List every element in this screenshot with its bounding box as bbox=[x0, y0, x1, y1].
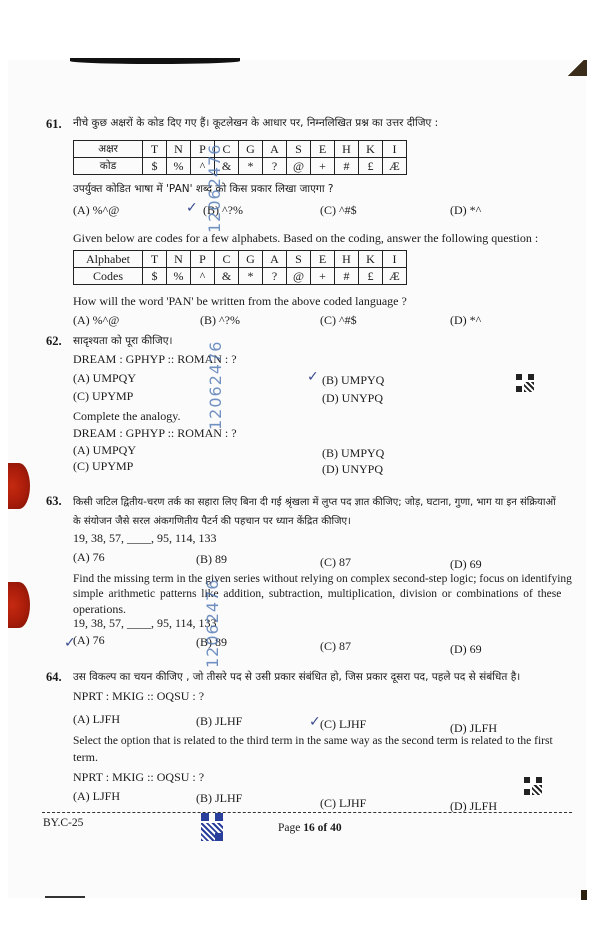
qr-code-icon bbox=[524, 777, 542, 795]
q61-english-option-c[interactable]: (C) ^#$ bbox=[320, 313, 357, 328]
page-total: 40 bbox=[330, 822, 342, 834]
q62-english-prompt: Complete the analogy. bbox=[73, 409, 181, 424]
booklet-code: BY.C-25 bbox=[43, 817, 83, 829]
q61-english-question: How will the word 'PAN' be written from … bbox=[73, 294, 407, 309]
q62-hindi-option-a[interactable]: (A) UMPQY bbox=[73, 371, 136, 386]
scan-mark bbox=[45, 896, 85, 898]
page-corner-bottom bbox=[581, 890, 587, 900]
table-cell: H bbox=[335, 251, 359, 268]
table-row: अक्षर T N P C G A S E H K I bbox=[74, 141, 407, 158]
table-cell: + bbox=[311, 158, 335, 175]
q64-hindi-prompt: उस विकल्प का चयन कीजिए , जो तीसरे पद से … bbox=[73, 670, 520, 684]
table-cell: $ bbox=[143, 158, 167, 175]
question-number-61: 61. bbox=[46, 117, 62, 132]
q64-hindi-option-a[interactable]: (A) LJFH bbox=[73, 712, 120, 727]
check-mark-icon: ✓ bbox=[64, 635, 76, 651]
q61-hindi-option-c[interactable]: (C) ^#$ bbox=[320, 203, 357, 218]
check-mark-icon: ✓ bbox=[307, 369, 319, 385]
table-cell: $ bbox=[143, 268, 167, 285]
table-cell: £ bbox=[359, 158, 383, 175]
q64-english-option-a[interactable]: (A) LJFH bbox=[73, 789, 120, 804]
table-cell: @ bbox=[287, 158, 311, 175]
q61-english-code-table: Alphabet T N P C G A S E H K I Codes $ %… bbox=[73, 250, 407, 285]
table-cell: ? bbox=[263, 268, 287, 285]
table-cell: & bbox=[215, 268, 239, 285]
table-cell: E bbox=[311, 251, 335, 268]
q63-hindi-option-b[interactable]: (B) 89 bbox=[196, 552, 227, 567]
table-cell: K bbox=[359, 141, 383, 158]
q63-english-prompt-line1: Find the missing term in the given serie… bbox=[73, 573, 572, 585]
q62-english-option-a[interactable]: (A) UMPQY bbox=[73, 443, 136, 458]
table-cell: Æ bbox=[383, 158, 407, 175]
qr-code-icon bbox=[516, 374, 534, 392]
q63-english-option-a[interactable]: (A) 76 bbox=[73, 633, 105, 648]
q61-english-option-a[interactable]: (A) %^@ bbox=[73, 313, 119, 328]
page-number: Page 16 of 40 bbox=[278, 822, 342, 834]
watermark-text: 12062476 bbox=[206, 341, 225, 430]
table-row: Codes $ % ^ & * ? @ + # £ Æ bbox=[74, 268, 407, 285]
table-cell: * bbox=[239, 268, 263, 285]
table-cell: ^ bbox=[191, 268, 215, 285]
q63-hindi-option-d[interactable]: (D) 69 bbox=[450, 557, 482, 572]
table-cell: C bbox=[215, 251, 239, 268]
table-cell: E bbox=[311, 141, 335, 158]
watermark-text: 12062476 bbox=[203, 579, 222, 668]
check-mark-icon: ✓ bbox=[186, 200, 198, 216]
q62-hindi-option-c[interactable]: (C) UPYMP bbox=[73, 389, 133, 404]
table-cell: ? bbox=[263, 158, 287, 175]
table-cell: £ bbox=[359, 268, 383, 285]
binder-ring-top bbox=[8, 463, 30, 509]
table-cell: % bbox=[167, 268, 191, 285]
table-cell: S bbox=[287, 251, 311, 268]
table-label: Codes bbox=[74, 268, 143, 285]
table-label: अक्षर bbox=[74, 141, 143, 158]
q63-english-prompt-line2: simple arithmetic patterns like addition… bbox=[73, 588, 561, 600]
q63-hindi-prompt-line2: के संयोजन जैसे सरल अंकगणितीय पैटर्न की प… bbox=[73, 513, 351, 527]
check-mark-icon: ✓ bbox=[309, 714, 321, 730]
table-cell: K bbox=[359, 251, 383, 268]
binder-ring-bottom bbox=[8, 582, 30, 628]
table-cell: * bbox=[239, 158, 263, 175]
question-number-63: 63. bbox=[46, 494, 62, 509]
q62-hindi-option-b[interactable]: (B) UMPYQ bbox=[322, 373, 384, 388]
page-corner bbox=[565, 60, 587, 76]
table-cell: # bbox=[335, 158, 359, 175]
page-of: of bbox=[315, 822, 330, 834]
page-prefix: Page bbox=[278, 822, 303, 834]
q63-english-series: 19, 38, 57, ____, 95, 114, 133 bbox=[73, 616, 217, 631]
q61-english-prompt: Given below are codes for a few alphabet… bbox=[73, 231, 538, 246]
q63-english-option-d[interactable]: (D) 69 bbox=[450, 642, 482, 657]
q63-hindi-prompt-line1: किसी जटिल द्वितीय-चरण तर्क का सहारा लिए … bbox=[73, 494, 556, 508]
table-cell: # bbox=[335, 268, 359, 285]
q64-english-prompt-line1: Select the option that is related to the… bbox=[73, 735, 553, 747]
q63-hindi-series: 19, 38, 57, ____, 95, 114, 133 bbox=[73, 531, 217, 546]
q63-english-prompt-line3: operations. bbox=[73, 602, 126, 617]
table-cell: H bbox=[335, 141, 359, 158]
q61-hindi-code-table: अक्षर T N P C G A S E H K I कोड $ % ^ & … bbox=[73, 140, 407, 175]
q61-hindi-question: उपर्युक्त कोडित भाषा में 'PAN' शब्द को क… bbox=[73, 182, 333, 196]
question-number-62: 62. bbox=[46, 334, 62, 349]
q61-english-option-d[interactable]: (D) *^ bbox=[450, 313, 481, 328]
table-row: कोड $ % ^ & * ? @ + # £ Æ bbox=[74, 158, 407, 175]
q62-hindi-prompt: सादृश्यता को पूरा कीजिए। bbox=[73, 334, 173, 348]
q61-hindi-option-d[interactable]: (D) *^ bbox=[450, 203, 481, 218]
q62-english-option-c[interactable]: (C) UPYMP bbox=[73, 459, 133, 474]
q61-english-option-b[interactable]: (B) ^?% bbox=[200, 313, 240, 328]
page-current: 16 bbox=[303, 822, 315, 834]
table-cell: @ bbox=[287, 268, 311, 285]
q64-english-option-c[interactable]: (C) LJHF bbox=[320, 796, 366, 811]
q64-english-prompt-line2: term. bbox=[73, 750, 98, 765]
table-cell: Æ bbox=[383, 268, 407, 285]
table-cell: I bbox=[383, 251, 407, 268]
q63-hindi-option-c[interactable]: (C) 87 bbox=[320, 555, 351, 570]
q63-hindi-option-a[interactable]: (A) 76 bbox=[73, 550, 105, 565]
footer-divider bbox=[42, 812, 572, 813]
q64-hindi-option-b[interactable]: (B) JLHF bbox=[196, 714, 242, 729]
q64-hindi-analogy: NPRT : MKIG :: OQSU : ? bbox=[73, 689, 204, 704]
table-cell: N bbox=[167, 251, 191, 268]
table-label: Alphabet bbox=[74, 251, 143, 268]
watermark-text: 12062476 bbox=[205, 144, 224, 233]
table-cell: G bbox=[239, 251, 263, 268]
q64-english-option-b[interactable]: (B) JLHF bbox=[196, 791, 242, 806]
q64-english-analogy: NPRT : MKIG :: OQSU : ? bbox=[73, 770, 204, 785]
table-cell: T bbox=[143, 251, 167, 268]
table-cell: G bbox=[239, 141, 263, 158]
table-cell: I bbox=[383, 141, 407, 158]
q61-hindi-option-a[interactable]: (A) %^@ bbox=[73, 203, 119, 218]
table-cell: % bbox=[167, 158, 191, 175]
table-cell: N bbox=[167, 141, 191, 158]
q61-hindi-prompt: नीचे कुछ अक्षरों के कोड दिए गए हैं। कूटल… bbox=[73, 116, 438, 130]
table-label: कोड bbox=[74, 158, 143, 175]
scan-shadow bbox=[70, 58, 240, 64]
table-row: Alphabet T N P C G A S E H K I bbox=[74, 251, 407, 268]
q62-english-option-d[interactable]: (D) UNYPQ bbox=[322, 462, 383, 477]
qr-code-icon bbox=[201, 813, 223, 841]
table-cell: A bbox=[263, 251, 287, 268]
q64-hindi-option-d[interactable]: (D) JLFH bbox=[450, 721, 497, 736]
q64-hindi-option-c[interactable]: (C) LJHF bbox=[320, 717, 366, 732]
table-cell: A bbox=[263, 141, 287, 158]
table-cell: S bbox=[287, 141, 311, 158]
q63-english-option-c[interactable]: (C) 87 bbox=[320, 639, 351, 654]
q62-hindi-option-d[interactable]: (D) UNYPQ bbox=[322, 391, 383, 406]
table-cell: T bbox=[143, 141, 167, 158]
question-number-64: 64. bbox=[46, 670, 62, 685]
q62-english-option-b[interactable]: (B) UMPYQ bbox=[322, 446, 384, 461]
table-cell: P bbox=[191, 251, 215, 268]
table-cell: + bbox=[311, 268, 335, 285]
